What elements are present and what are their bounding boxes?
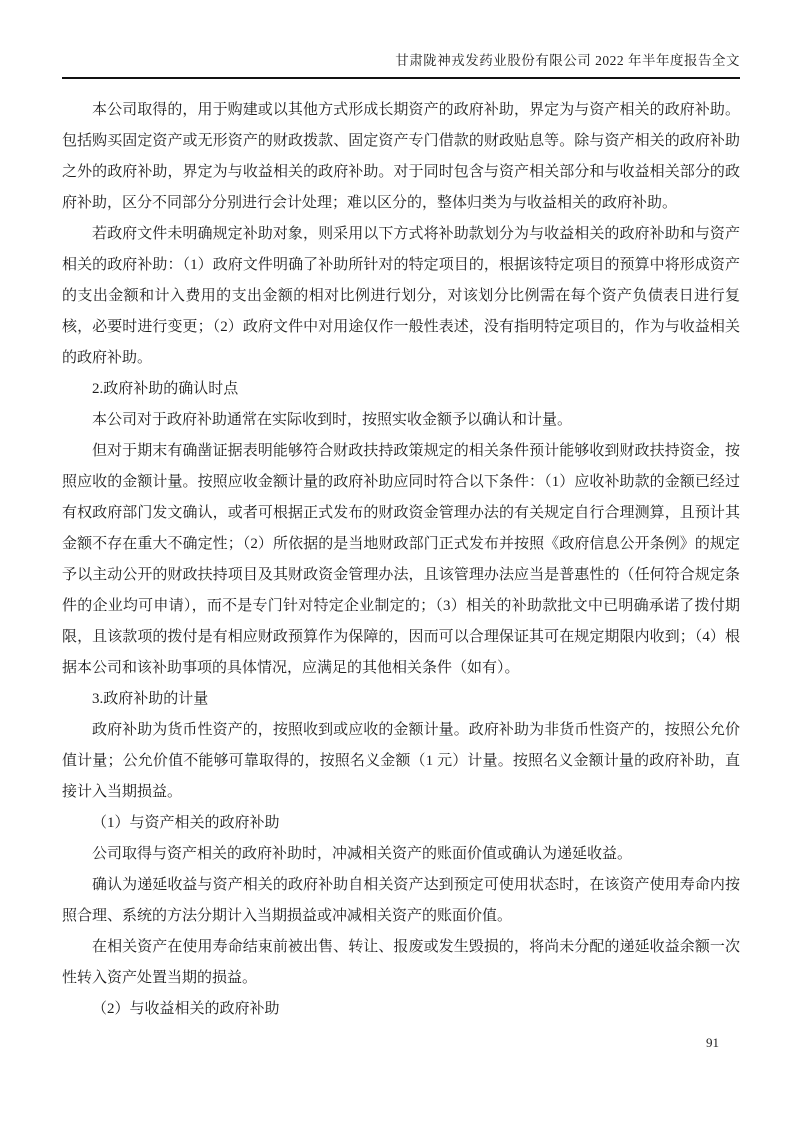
body-paragraph-recognition-on-receipt: 本公司对于政府补助通常在实际收到时，按照实收金额予以确认和计量。 bbox=[62, 405, 740, 436]
body-paragraph-early-disposal: 在相关资产在使用寿命结束前被出售、转让、报废或发生毁损的，将尚未分配的递延收益余… bbox=[62, 932, 740, 994]
document-body: 本公司取得的，用于购建或以其他方式形成长期资产的政府补助，界定为与资产相关的政府… bbox=[62, 95, 740, 1025]
body-paragraph-measurement-basis: 政府补助为货币性资产的，按照收到或应收的金额计量。政府补助为非货币性资产的，按照… bbox=[62, 715, 740, 808]
body-paragraph-receivable-conditions: 但对于期末有确凿证据表明能够符合财政扶持政策规定的相关条件预计能够收到财政扶持资… bbox=[62, 436, 740, 684]
body-paragraph-asset-related-treatment: 公司取得与资产相关的政府补助时，冲减相关资产的账面价值或确认为递延收益。 bbox=[62, 839, 740, 870]
section-heading-recognition-timing: 2.政府补助的确认时点 bbox=[62, 374, 740, 405]
subsection-heading-asset-related: （1）与资产相关的政府补助 bbox=[62, 808, 740, 839]
page-header: 甘肃陇神戎发药业股份有限公司 2022 年半年度报告全文 bbox=[62, 50, 740, 79]
body-paragraph-deferred-income-amortization: 确认为递延收益与资产相关的政府补助自相关资产达到预定可使用状态时，在该资产使用寿… bbox=[62, 870, 740, 932]
section-heading-measurement: 3.政府补助的计量 bbox=[62, 684, 740, 715]
page-number: 91 bbox=[706, 1035, 719, 1050]
document-page: 甘肃陇神戎发药业股份有限公司 2022 年半年度报告全文 本公司取得的，用于购建… bbox=[0, 0, 793, 1122]
page-footer: 91 bbox=[706, 1034, 719, 1052]
subsection-heading-income-related: （2）与收益相关的政府补助 bbox=[62, 994, 740, 1025]
body-paragraph-subsidy-classification: 若政府文件未明确规定补助对象，则采用以下方式将补助款划分为与收益相关的政府补助和… bbox=[62, 219, 740, 374]
body-paragraph-asset-subsidy-definition: 本公司取得的，用于购建或以其他方式形成长期资产的政府补助，界定为与资产相关的政府… bbox=[62, 95, 740, 219]
header-title: 甘肃陇神戎发药业股份有限公司 2022 年半年度报告全文 bbox=[395, 53, 740, 68]
